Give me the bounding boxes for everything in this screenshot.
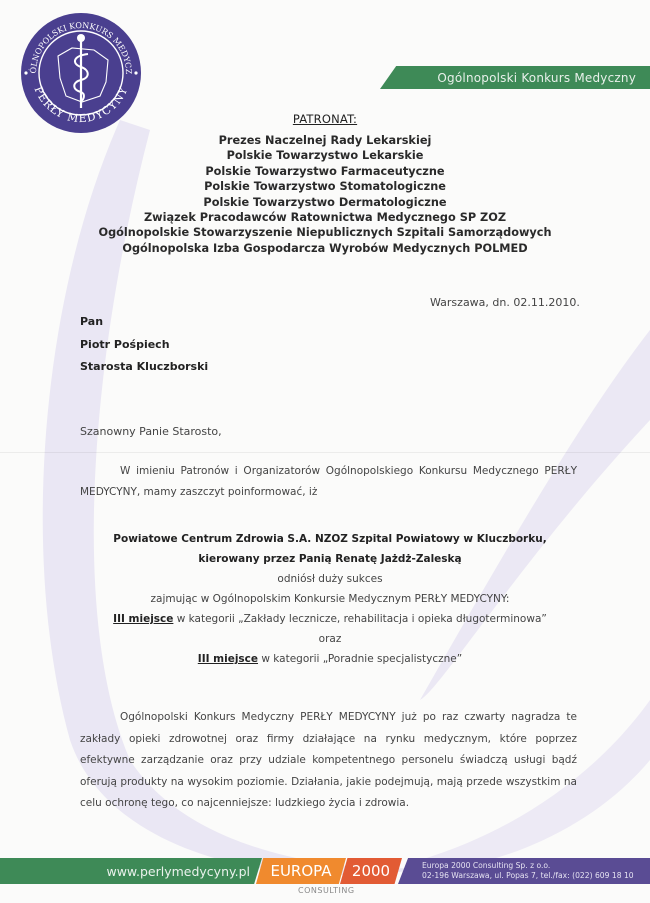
intro-paragraph: W imieniu Patronów i Organizatorów Ogóln… — [80, 461, 577, 503]
footer: www.perlymedycyny.pl EUROPA 2000 CONSULT… — [0, 858, 650, 886]
europa-logo-right: 2000 — [340, 858, 402, 884]
patron-item: Prezes Naczelnej Rady Lekarskiej — [0, 133, 650, 148]
award-institution: Powiatowe Centrum Zdrowia S.A. NZOZ Szpi… — [60, 529, 600, 549]
award-place-2: III miejsce — [198, 653, 258, 665]
company-name: Europa 2000 Consulting Sp. z o.o. — [422, 861, 650, 871]
patron-item: Polskie Towarzystwo Dermatologiczne — [0, 195, 650, 210]
letter-date: Warszawa, dn. 02.11.2010. — [430, 296, 580, 309]
patronat-list: Prezes Naczelnej Rady Lekarskiej Polskie… — [0, 133, 650, 256]
award-director: kierowany przez Panią Renatę Jażdż-Zales… — [60, 549, 600, 569]
patronat-title: PATRONAT: — [0, 112, 650, 126]
award-place-1: III miejsce — [113, 613, 173, 625]
patron-item: Polskie Towarzystwo Stomatologiczne — [0, 179, 650, 194]
award-category-1: III miejsce w kategorii „Zakłady lecznic… — [60, 609, 600, 629]
closing-paragraph: Ogólnopolski Konkurs Medyczny PERŁY MEDY… — [80, 707, 577, 815]
patron-item: Polskie Towarzystwo Lekarskie — [0, 148, 650, 163]
europa-text: EUROPA — [270, 862, 331, 880]
award-block: Powiatowe Centrum Zdrowia S.A. NZOZ Szpi… — [60, 529, 600, 669]
europa-logo-left: EUROPA — [256, 858, 346, 884]
header-band: Ogólnopolski Konkurs Medyczny — [380, 66, 650, 89]
company-address: 02-196 Warszawa, ul. Popas 7, tel./fax: … — [422, 871, 650, 881]
award-context: zajmując w Ogólnopolskim Konkursie Medyc… — [60, 589, 600, 609]
header-band-text: Ogólnopolski Konkurs Medyczny — [437, 71, 636, 85]
recipient-title: Starosta Kluczborski — [80, 356, 208, 379]
award-conjunction: oraz — [60, 629, 600, 649]
award-category-1-text: w kategorii „Zakłady lecznicze, rehabili… — [173, 613, 546, 625]
patron-item: Polskie Towarzystwo Farmaceutyczne — [0, 164, 650, 179]
paper-fold — [0, 452, 650, 453]
patron-item: Ogólnopolska Izba Gospodarcza Wyrobów Me… — [0, 241, 650, 256]
greeting: Szanowny Panie Starosto, — [80, 425, 222, 438]
patron-item: Związek Pracodawców Ratownictwa Medyczne… — [0, 210, 650, 225]
recipient-name: Piotr Pośpiech — [80, 334, 208, 357]
recipient-salutation: Pan — [80, 311, 208, 334]
year-text: 2000 — [352, 862, 390, 880]
award-category-2: III miejsce w kategorii „Poradnie specja… — [60, 649, 600, 669]
company-info-band: Europa 2000 Consulting Sp. z o.o. 02-196… — [398, 858, 650, 884]
intro-text: W imieniu Patronów i Organizatorów Ogóln… — [80, 465, 577, 498]
footer-website-band: www.perlymedycyny.pl — [0, 858, 262, 884]
website-link[interactable]: www.perlymedycyny.pl — [106, 864, 250, 879]
award-category-2-text: w kategorii „Poradnie specjalistyczne” — [258, 653, 462, 665]
patronat-section: PATRONAT: Prezes Naczelnej Rady Lekarski… — [0, 112, 650, 256]
patron-item: Ogólnopolskie Stowarzyszenie Niepubliczn… — [0, 225, 650, 240]
award-success: odniósł duży sukces — [60, 569, 600, 589]
consulting-label: CONSULTING — [298, 886, 355, 895]
closing-text: Ogólnopolski Konkurs Medyczny PERŁY MEDY… — [80, 711, 577, 809]
recipient-block: Pan Piotr Pośpiech Starosta Kluczborski — [80, 311, 208, 379]
